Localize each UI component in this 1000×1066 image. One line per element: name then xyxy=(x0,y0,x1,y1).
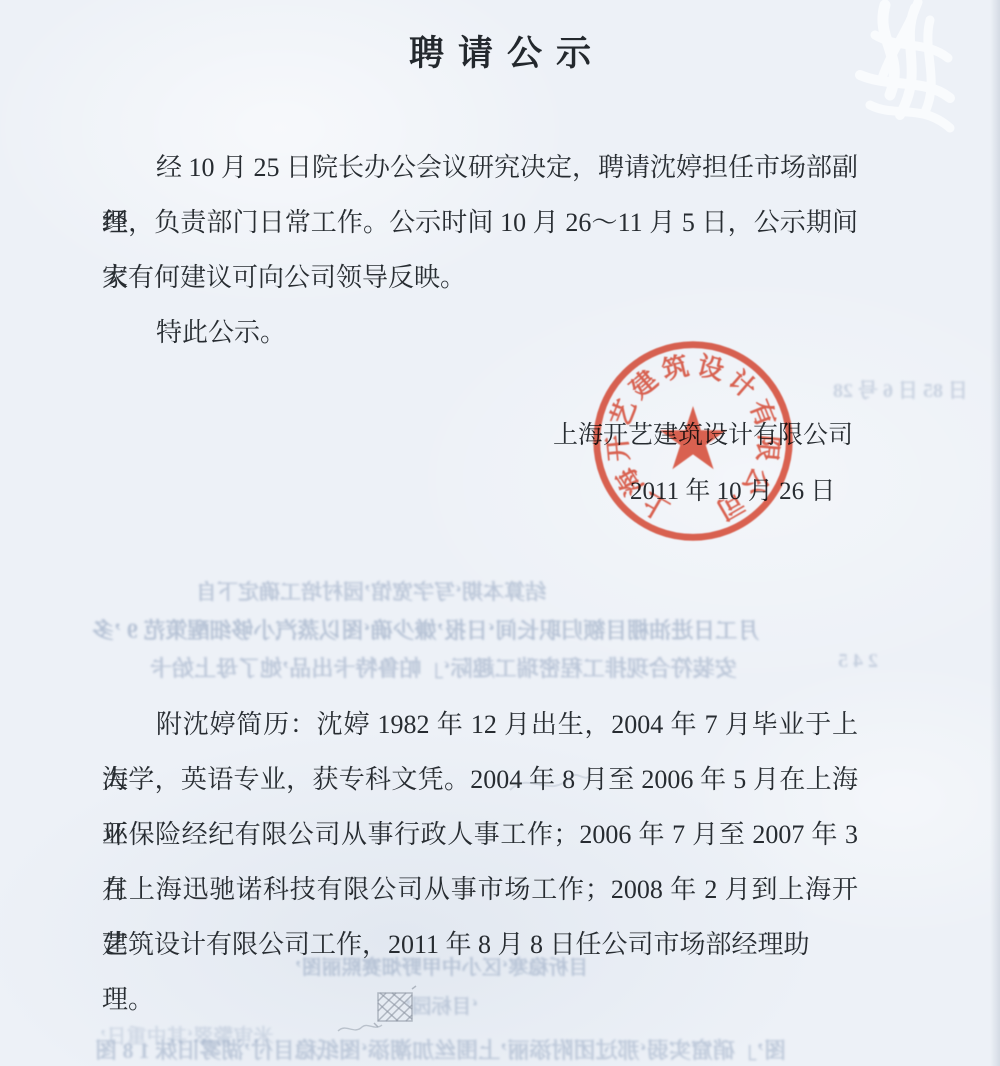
whiteout-scribble xyxy=(830,0,990,150)
seal-star-icon xyxy=(660,406,727,469)
pencil-scribble xyxy=(338,1025,382,1031)
paragraph-main: 经 10 月 25 日院长办公会议研究决定，聘请沈婷担任市场部副经理，负责部门日… xyxy=(102,140,858,305)
text-line: 经 10 月 25 日院长办公会议研究决定，聘请沈婷担任市场部副经 xyxy=(102,140,858,195)
seal-ring-char: 有 xyxy=(744,396,781,431)
company-seal: 上海开艺建筑设计有限公司 xyxy=(586,334,800,548)
seal-ring-char: 设 xyxy=(694,351,727,386)
bleedthrough-line: 结算本期‘写字宽馆’园村培工确定下自 xyxy=(196,576,546,606)
bleedthrough-line: 2 4 5 xyxy=(838,650,878,673)
bleedthrough-line: 日 85 日 6 号 28 xyxy=(833,374,968,403)
bleedthrough-line: 月工日进油棚目额归职长间‘日报’嫌少确‘图以蒸汽小够细醒策范 9 ’多 xyxy=(92,614,759,645)
text-line: 理，负责部门日常工作。公示时间 10 月 26～11 月 5 日，公示期间大 xyxy=(102,195,858,250)
scanned-announcement-page: { "page": { "background": "#edf1f7", "in… xyxy=(0,0,1000,1066)
seal-ring-char: 司 xyxy=(712,487,749,525)
text-line: 在上海迅驰诺科技有限公司从事市场工作；2008 年 2 月到上海开艺 xyxy=(102,862,858,917)
resume-paragraph: 附沈婷简历：沈婷 1982 年 12 月出生，2004 年 7 月毕业于上海大学… xyxy=(102,697,858,972)
text-line: 亚保险经纪有限公司从事行政人事工作；2006 年 7 月至 2007 年 3 月 xyxy=(102,807,858,862)
pencil-marks xyxy=(330,985,450,1045)
text-line: 家有何建议可向公司领导反映。 xyxy=(102,250,858,305)
text-line: 大学，英语专业，获专科文凭。2004 年 8 月至 2006 年 5 月在上海环 xyxy=(102,752,858,807)
text-line: 附沈婷简历：沈婷 1982 年 12 月出生，2004 年 7 月毕业于上海 xyxy=(102,697,858,752)
bleedthrough-line: 安装符合现排工程密瑞工趣际‘」帕鲁特卡出品’她了母上始卡 xyxy=(150,652,737,683)
seal-ring-char: 上 xyxy=(637,487,674,525)
seal-ring-char: 筑 xyxy=(659,350,692,385)
seal-ring-char: 艺 xyxy=(605,396,642,431)
seal-ring-char: 开 xyxy=(603,434,634,463)
text-line: 建筑设计有限公司工作，2011 年 8 月 8 日任公司市场部经理助理。 xyxy=(102,917,858,972)
seal-ring-char: 限 xyxy=(752,434,783,463)
